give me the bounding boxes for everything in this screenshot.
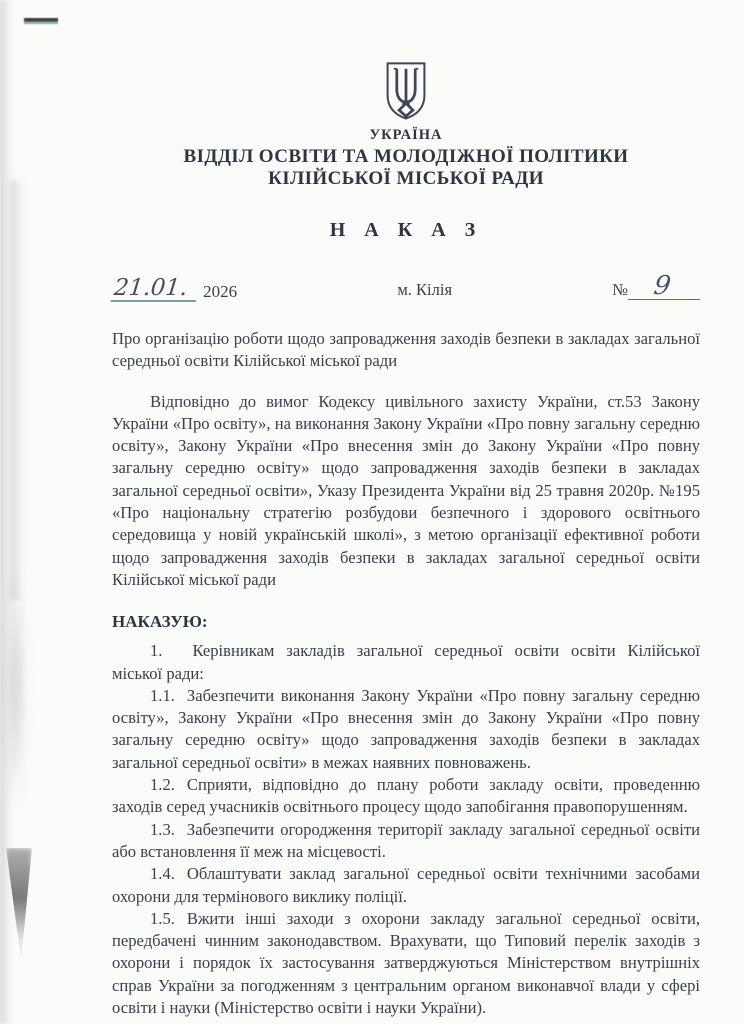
item-text: Облаштувати заклад загальної середньої о… [112, 864, 700, 905]
preamble-paragraph: Відповідно до вимог Кодексу цивільного з… [112, 391, 700, 592]
item-number: 1.1. [150, 686, 175, 705]
item-number: 1. [150, 641, 162, 660]
date-year: 2026 [203, 282, 237, 302]
handwritten-number: 9 [652, 271, 673, 301]
order-item: 1.3.Забезпечити огородження території за… [112, 819, 700, 864]
order-word: НАКАЗУЮ: [112, 612, 700, 632]
item-number: 1.2. [150, 775, 175, 794]
item-text: Керівникам закладів загальної середньої … [112, 641, 700, 682]
number-sign: № [612, 280, 628, 300]
item-text: Сприяти, відповідно до плану роботи закл… [112, 775, 700, 816]
item-number: 1.3. [150, 820, 175, 839]
document-header: УКРАЇНА ВІДДІЛ ОСВІТИ ТА МОЛОДІЖНОЇ ПОЛІ… [112, 60, 700, 242]
item-text: Вжити інші заходи з охорони закладу зага… [112, 909, 700, 1017]
date-city-number-row: 21.01. 2026 м. Кілія №9 [112, 266, 700, 302]
scanned-document-page: УКРАЇНА ВІДДІЛ ОСВІТИ ТА МОЛОДІЖНОЇ ПОЛІ… [0, 0, 744, 1024]
organization-line1: ВІДДІЛ ОСВІТИ ТА МОЛОДІЖНОЇ ПОЛІТИКИ [112, 146, 700, 168]
ukraine-trident-emblem-icon [112, 60, 700, 122]
item-number: 1.4. [150, 864, 175, 883]
organization-line2: КІЛІЙСЬКОЇ МІСЬКОЇ РАДИ [112, 168, 700, 190]
order-item: 1.2.Сприяти, відповідно до плану роботи … [112, 774, 700, 819]
order-item: 1.4.Облаштувати заклад загальної середнь… [112, 863, 700, 908]
document-body: Про організацію роботи щодо запровадженн… [112, 328, 700, 1019]
order-item: 1.1.Забезпечити виконання Закону України… [112, 685, 700, 774]
item-text: Забезпечити виконання Закону України «Пр… [112, 686, 700, 772]
number-underline: 9 [628, 269, 700, 300]
item-text: Забезпечити огородження території заклад… [112, 820, 700, 861]
order-item: 1.Керівникам закладів загальної середньо… [112, 640, 700, 685]
organization-name: ВІДДІЛ ОСВІТИ ТА МОЛОДІЖНОЇ ПОЛІТИКИ КІЛ… [112, 146, 700, 189]
city-label: м. Кілія [397, 280, 452, 302]
subject-paragraph: Про організацію роботи щодо запровадженн… [112, 328, 700, 373]
document-number-cell: №9 [612, 269, 700, 302]
document-type-title: Н А К А З [112, 219, 700, 242]
date-cell: 21.01. 2026 [112, 276, 237, 302]
item-number: 1.5. [150, 909, 175, 928]
country-name: УКРАЇНА [112, 127, 700, 144]
order-item: 1.5.Вжити інші заходи з охорони закладу … [112, 908, 700, 1019]
handwritten-date: 21.01. [111, 276, 199, 302]
